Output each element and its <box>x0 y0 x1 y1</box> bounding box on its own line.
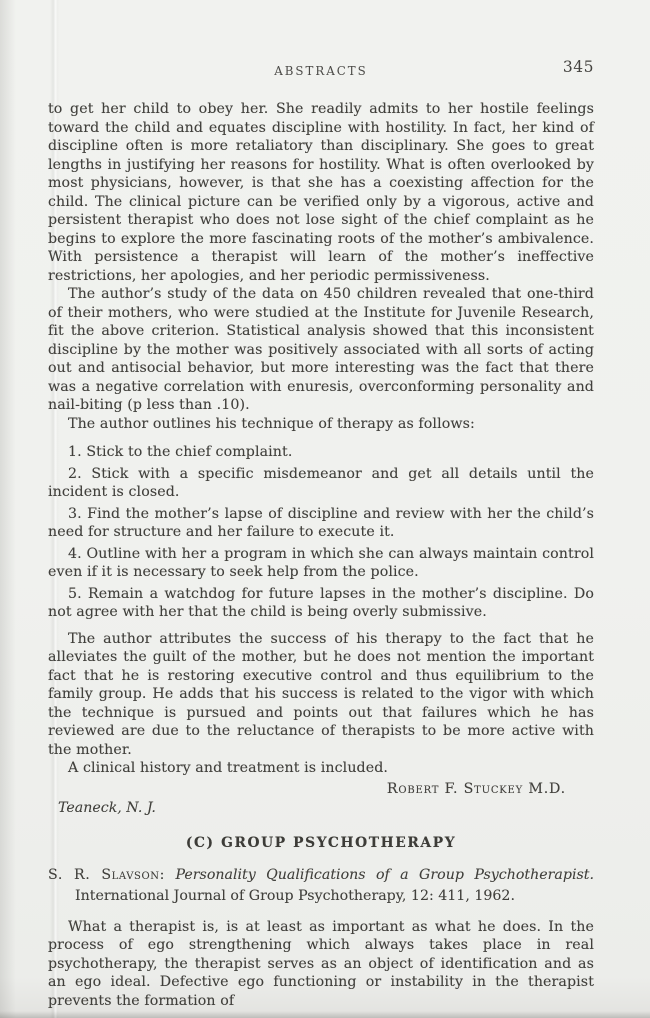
abstract-paragraph: What a therapist is, is at least as impo… <box>48 918 594 1011</box>
technique-list: 1. Stick to the chief complaint. 2. Stic… <box>48 443 594 622</box>
citation-author: S. R. Slavson: <box>48 867 165 883</box>
journal-page: ABSTRACTS 345 to get her child to obey h… <box>0 0 650 1018</box>
list-item: 1. Stick to the chief complaint. <box>48 443 594 462</box>
reviewer-location: Teaneck, N. J. <box>48 800 594 816</box>
reviewer-signature: Robert F. Stuckey M.D. <box>48 781 594 797</box>
abstract-paragraph: The author outlines his technique of the… <box>48 415 594 434</box>
page-content: ABSTRACTS 345 to get her child to obey h… <box>48 60 594 1010</box>
abstract-paragraph: The author’s study of the data on 450 ch… <box>48 285 594 415</box>
citation-line: S. R. Slavson: Personality Qualification… <box>48 866 594 885</box>
page-number: 345 <box>563 58 594 76</box>
list-item: 3. Find the mother’s lapse of discipline… <box>48 505 594 542</box>
list-item: 2. Stick with a specific misdemeanor and… <box>48 465 594 502</box>
abstract-paragraph: A clinical history and treatment is incl… <box>48 759 594 778</box>
citation-source: International Journal of Group Psychothe… <box>48 887 594 906</box>
abstract-paragraph: The author attributes the success of his… <box>48 630 594 760</box>
page-header: ABSTRACTS 345 <box>48 60 594 77</box>
list-item: 4. Outline with her a program in which s… <box>48 545 594 582</box>
running-title: ABSTRACTS <box>274 64 368 78</box>
page-left-edge-shadow <box>0 0 16 1018</box>
abstract-paragraph-continuation: to get her child to obey her. She readil… <box>48 100 594 285</box>
section-heading: (C) GROUP PSYCHOTHERAPY <box>48 835 594 851</box>
citation: S. R. Slavson: Personality Qualification… <box>48 866 594 906</box>
citation-title: Personality Qualifications of a Group Ps… <box>175 867 594 883</box>
list-item: 5. Remain a watchdog for future lapses i… <box>48 585 594 622</box>
page-bottom-edge-shadow <box>0 1011 650 1018</box>
